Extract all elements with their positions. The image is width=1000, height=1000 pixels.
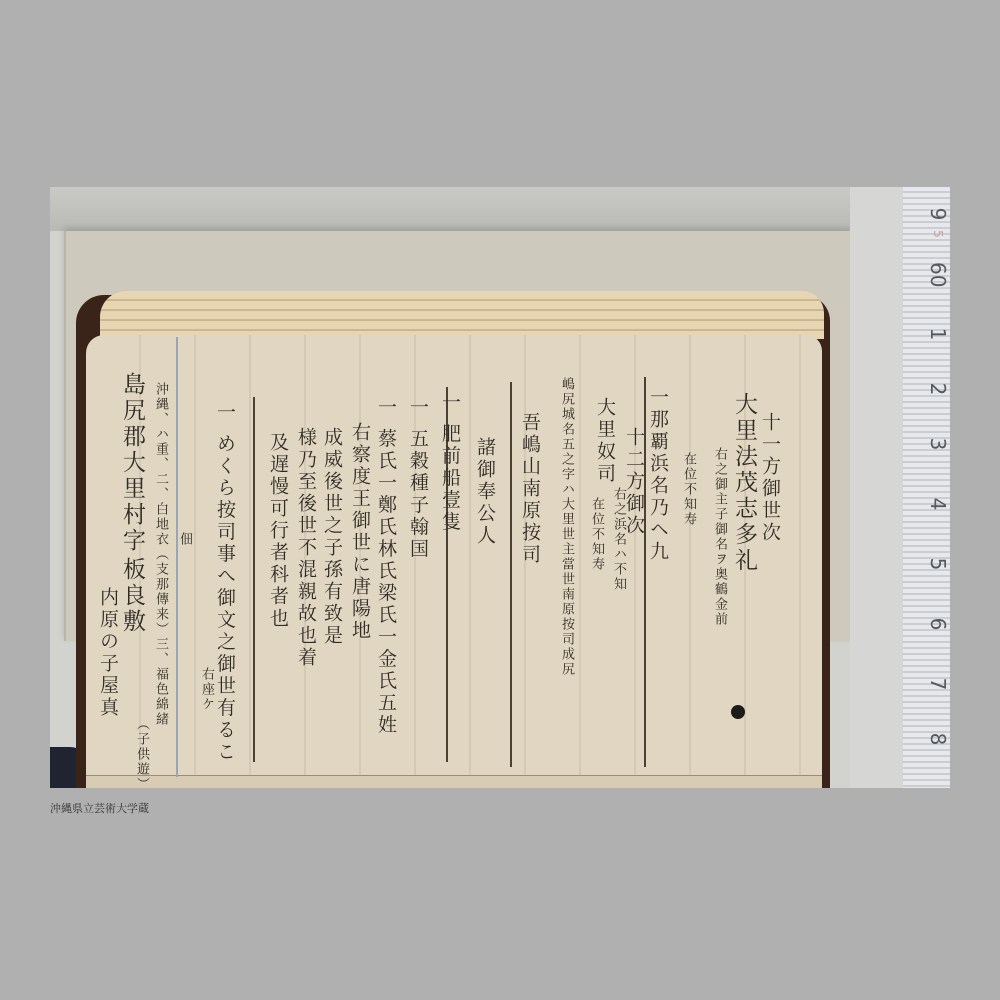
text-column: 十二方御次 bbox=[624, 427, 643, 537]
text-column: 右察度王御世に唐陽地 bbox=[350, 422, 369, 642]
notebook-photo: 十一方御世次 大里法茂志多礼 右之御主子御名ヲ奥鶴金前 在位不知寿 一那覇浜名乃… bbox=[50, 187, 950, 788]
ruler-label: 5 bbox=[926, 552, 950, 576]
text-column: 大里奴司 bbox=[595, 397, 614, 485]
page-edges bbox=[100, 291, 824, 339]
text-column: 佃 bbox=[178, 532, 191, 547]
text-column: 十一方御世次 bbox=[760, 412, 779, 544]
ink-rule-line bbox=[510, 382, 512, 767]
text-column: 在位不知寿 bbox=[682, 452, 695, 527]
text-column: 内原の子屋真 bbox=[98, 587, 117, 719]
ink-rule-line bbox=[253, 397, 255, 762]
ruler-labels: 9 5 60 1 2 3 4 5 6 7 8 bbox=[926, 187, 950, 788]
text-column: 一 蔡氏一鄭氏林氏梁氏一金氏五姓 bbox=[376, 397, 395, 736]
text-column: 板良敷 bbox=[120, 557, 143, 635]
text-column: 及遅慢可行者科者也 bbox=[268, 432, 287, 630]
text-column: 諸御奉公人 bbox=[475, 437, 494, 547]
text-column: 嶋尻城名五之字ハ大里世主當世南原按司成尻 bbox=[560, 377, 573, 677]
ruler-label: 7 bbox=[926, 672, 950, 696]
text-column: 吾嶋山南原按司 bbox=[520, 412, 539, 566]
text-column: 右之浜名ハ不知 bbox=[612, 487, 625, 592]
ink-blot bbox=[731, 705, 745, 719]
text-column: 大里法茂志多礼 bbox=[732, 392, 755, 574]
text-column: 島尻郡大里村字 bbox=[120, 372, 143, 554]
text-column: 一 肥前船壹隻 bbox=[440, 392, 459, 533]
text-column: 一 五穀種子翰国 bbox=[408, 397, 427, 560]
ruler-label: 1 bbox=[926, 322, 950, 346]
margin-line bbox=[176, 337, 178, 777]
text-column: 一 めくら按司事へ御文之御世有るこ bbox=[215, 402, 234, 763]
ruler-label: 5 bbox=[931, 222, 945, 246]
text-column: 様乃至後世不混親故也着 bbox=[296, 427, 315, 669]
text-column: （子供遊） bbox=[135, 717, 148, 788]
collection-caption: 沖縄県立芸術大学蔵 bbox=[50, 800, 149, 816]
text-column: 一那覇浜名乃ヘ九 bbox=[648, 387, 667, 563]
ruler-label: 2 bbox=[926, 377, 950, 401]
text-column: 在位不知寿 bbox=[590, 497, 603, 572]
ruler-label: 6 bbox=[926, 612, 950, 636]
ruler-label: 4 bbox=[926, 492, 950, 516]
ruler-label: 8 bbox=[926, 727, 950, 751]
ruler-label: 3 bbox=[926, 432, 950, 456]
text-column: 沖縄、ハ重、二、白地衣（支那傳来）三、福色綿緒 bbox=[154, 382, 167, 727]
page-bottom-edge bbox=[86, 775, 822, 788]
text-column: 成威後世之子孫有致是 bbox=[322, 427, 341, 647]
backdrop bbox=[50, 187, 950, 231]
text-column: 右之御主子御名ヲ奥鶴金前 bbox=[713, 447, 726, 627]
text-column: 右座ケ bbox=[200, 667, 213, 712]
ruler-label: 60 bbox=[926, 262, 950, 286]
